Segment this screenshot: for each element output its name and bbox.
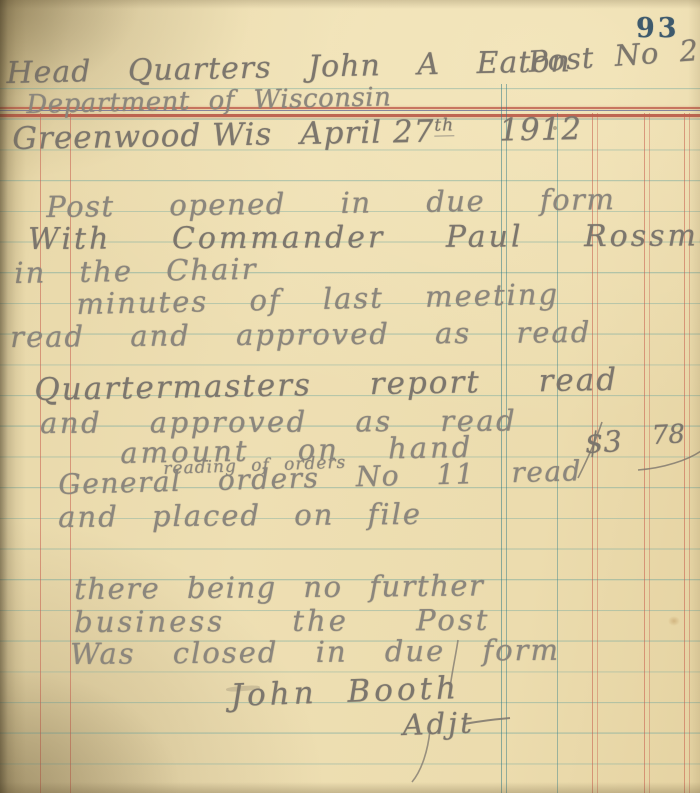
line-read-approved: read and approved as read bbox=[10, 315, 591, 354]
amount-flourish bbox=[572, 418, 700, 488]
line-no-further-business: there being no further bbox=[74, 568, 484, 606]
dateline-place: Greenwood Wis bbox=[12, 116, 273, 157]
line-commander: With Commander Paul Rossman bbox=[28, 218, 700, 257]
dateline-ordinal: th bbox=[434, 115, 454, 136]
heading-post-number: Post No 213 bbox=[527, 30, 700, 79]
line-placed-on-file: and placed on file bbox=[58, 497, 422, 534]
signature-flourish bbox=[400, 638, 520, 788]
ledger-page: 93 Head Quarters John A Eaton Post No 21… bbox=[0, 0, 700, 793]
dateline-date: April 27 bbox=[300, 114, 435, 152]
margin-rule-outer bbox=[40, 113, 41, 793]
dateline-year: 1912 bbox=[499, 111, 583, 148]
